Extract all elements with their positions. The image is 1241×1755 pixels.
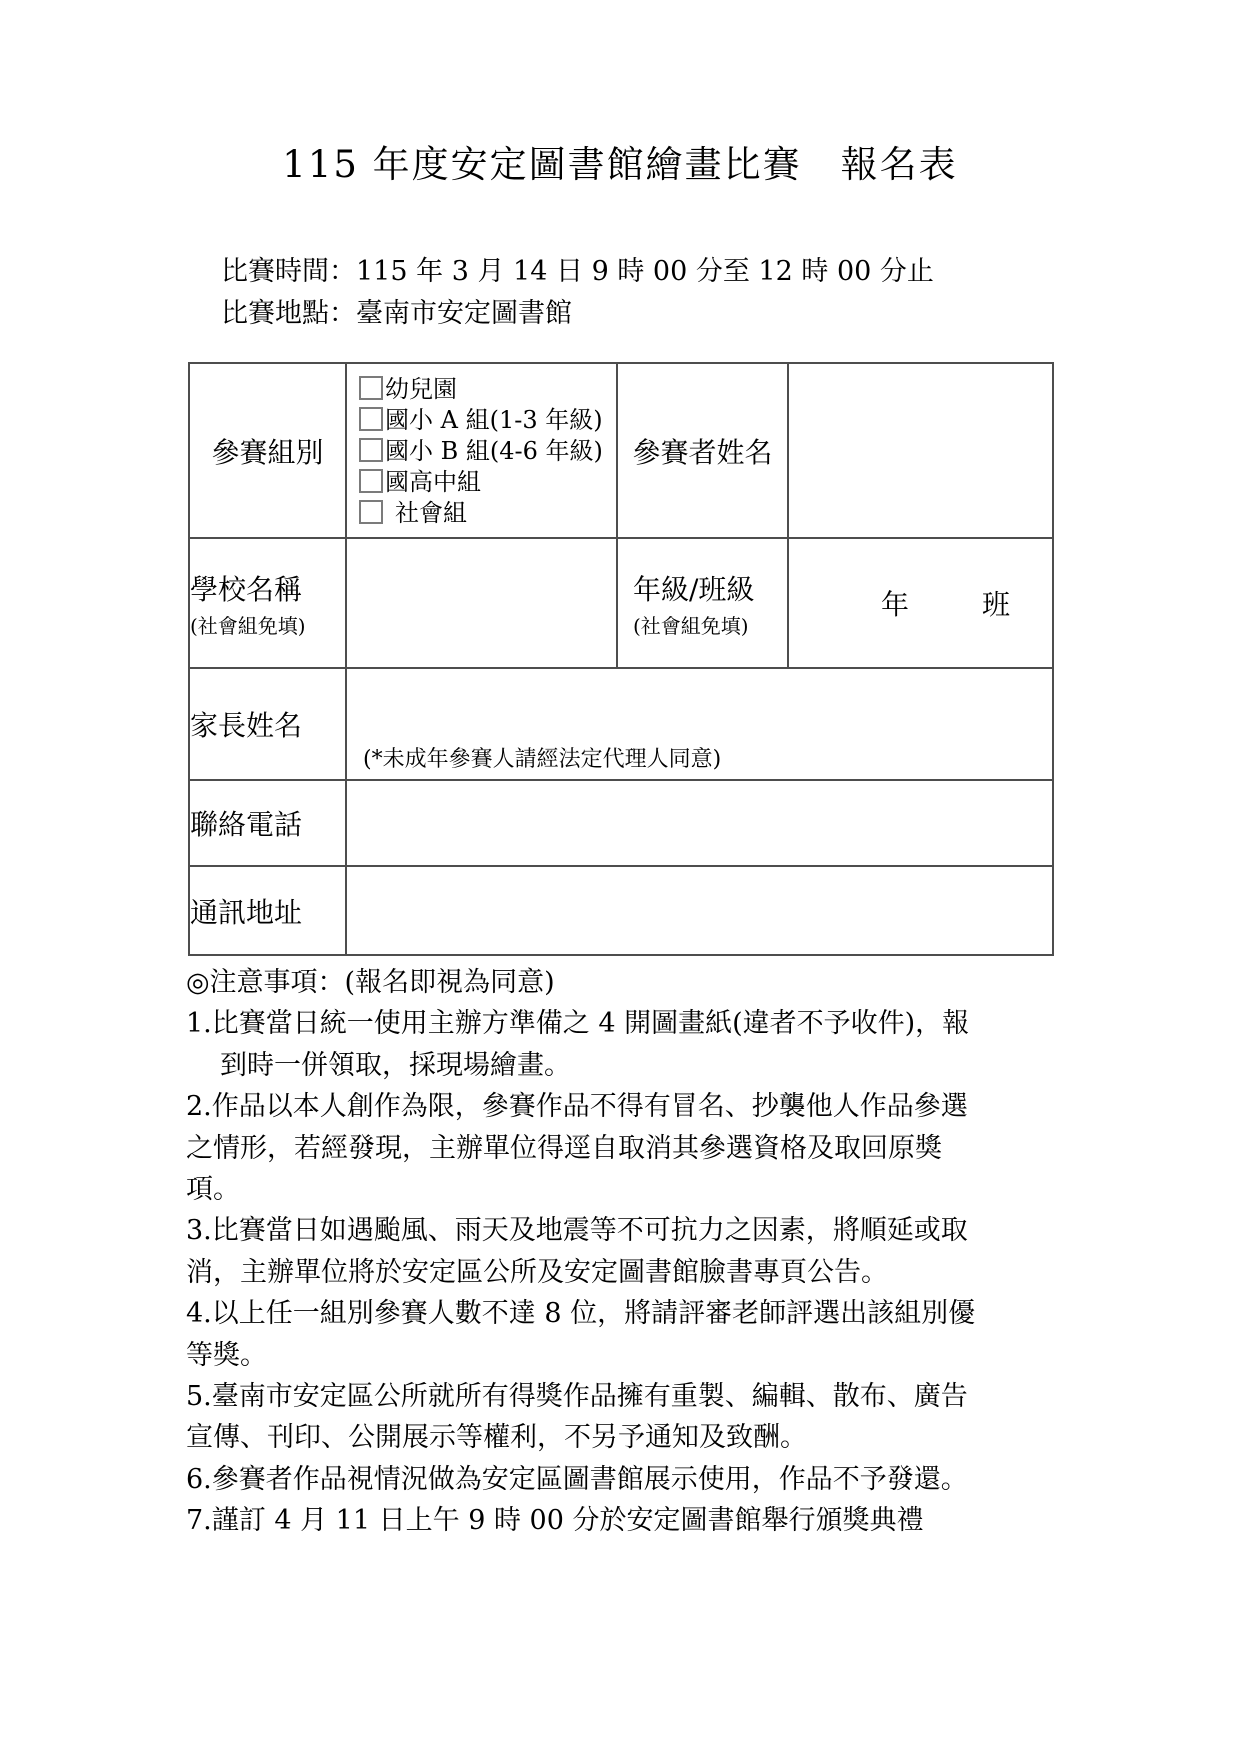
note-line: 等獎。 <box>186 1335 1086 1376</box>
checkbox-icon[interactable] <box>359 376 383 400</box>
grade-label: 年級/班級 <box>633 573 754 606</box>
table-row: 聯絡電話 <box>189 780 1053 866</box>
option-adult[interactable]: 社會組 <box>359 498 612 529</box>
parent-consent-note: (*未成年參賽人請經法定代理人同意) <box>363 742 721 773</box>
note-line: 6.參賽者作品視情況做為安定區圖書館展示使用，作品不予發還。 <box>186 1459 1086 1500</box>
page-title: 115 年度安定圖書館繪畫比賽 報名表 <box>188 134 1052 188</box>
option-elementary-a[interactable]: 國小 A 組(1-3 年級) <box>359 405 612 436</box>
note-line: 消，主辦單位將於安定區公所及安定圖書館臉書專頁公告。 <box>186 1252 1086 1293</box>
school-label-cell: 學校名稱 (社會組免填) <box>189 538 346 668</box>
phone-field[interactable] <box>346 780 1053 866</box>
note-line: 3.比賽當日如遇颱風、雨天及地震等不可抗力之因素，將順延或取 <box>186 1210 1086 1251</box>
year-suffix: 年 <box>881 583 909 623</box>
school-sublabel: (社會組免填) <box>190 610 345 639</box>
participant-name-field[interactable] <box>788 363 1053 538</box>
option-elementary-b[interactable]: 國小 B 組(4-6 年級) <box>359 436 612 467</box>
parent-name-field[interactable]: (*未成年參賽人請經法定代理人同意) <box>346 668 1053 780</box>
grade-label-cell: 年級/班級 (社會組免填) <box>617 538 788 668</box>
address-label-cell: 通訊地址 <box>189 866 346 955</box>
grade-sublabel: (社會組免填) <box>633 610 787 639</box>
checkbox-icon[interactable] <box>359 469 383 493</box>
checkbox-icon[interactable] <box>359 407 383 431</box>
school-label: 學校名稱 <box>190 573 302 606</box>
option-label: 國小 A 組(1-3 年級) <box>385 406 603 434</box>
note-line: 項。 <box>186 1169 1086 1210</box>
table-row: 學校名稱 (社會組免填) 年級/班級 (社會組免填) 年 班 <box>189 538 1053 668</box>
option-label: 國高中組 <box>385 468 481 496</box>
option-label: 社會組 <box>395 499 467 527</box>
notice-heading: ◎注意事項：(報名即視為同意) <box>186 962 1086 1003</box>
note-line: 2.作品以本人創作為限，參賽作品不得有冒名、抄襲他人作品參選 <box>186 1086 1086 1127</box>
note-line: 4.以上任一組別參賽人數不達 8 位，將請評審老師評選出該組別優 <box>186 1293 1086 1334</box>
option-junior-senior-high[interactable]: 國高中組 <box>359 467 612 498</box>
parent-label-cell: 家長姓名 <box>189 668 346 780</box>
registration-table: 參賽組別 幼兒園 國小 A 組(1-3 年級) 國小 B 組(4-6 年級) 國… <box>188 362 1054 956</box>
table-row: 家長姓名 (*未成年參賽人請經法定代理人同意) <box>189 668 1053 780</box>
event-info: 比賽時間：115 年 3 月 14 日 9 時 00 分至 12 時 00 分止… <box>221 251 934 335</box>
phone-label-cell: 聯絡電話 <box>189 780 346 866</box>
grade-field[interactable]: 年 班 <box>788 538 1053 668</box>
event-location-line: 比賽地點：臺南市安定圖書館 <box>221 293 934 335</box>
school-field[interactable] <box>346 538 617 668</box>
checkbox-icon[interactable] <box>359 500 383 524</box>
participant-name-label-cell: 參賽者姓名 <box>617 363 788 538</box>
option-label: 國小 B 組(4-6 年級) <box>385 437 603 465</box>
table-row: 通訊地址 <box>189 866 1053 955</box>
group-label-cell: 參賽組別 <box>189 363 346 538</box>
class-suffix: 班 <box>982 583 1010 623</box>
note-line: 宣傳、刊印、公開展示等權利，不另予通知及致酬。 <box>186 1417 1086 1458</box>
event-time-line: 比賽時間：115 年 3 月 14 日 9 時 00 分至 12 時 00 分止 <box>221 251 934 293</box>
option-kindergarten[interactable]: 幼兒園 <box>359 374 612 405</box>
option-label: 幼兒園 <box>385 375 457 403</box>
address-field[interactable] <box>346 866 1053 955</box>
document-page: 115 年度安定圖書館繪畫比賽 報名表 比賽時間：115 年 3 月 14 日 … <box>0 0 1241 1755</box>
group-options-cell: 幼兒園 國小 A 組(1-3 年級) 國小 B 組(4-6 年級) 國高中組 社… <box>346 363 617 538</box>
note-line: 7.謹訂 4 月 11 日上午 9 時 00 分於安定圖書館舉行頒獎典禮 <box>186 1500 1086 1541</box>
notice-section: ◎注意事項：(報名即視為同意) 1.比賽當日統一使用主辦方準備之 4 開圖畫紙(… <box>186 962 1086 1542</box>
note-line: 1.比賽當日統一使用主辦方準備之 4 開圖畫紙(違者不予收件)，報 <box>186 1003 1086 1044</box>
checkbox-icon[interactable] <box>359 438 383 462</box>
table-row: 參賽組別 幼兒園 國小 A 組(1-3 年級) 國小 B 組(4-6 年級) 國… <box>189 363 1053 538</box>
note-line: 到時一併領取，採現場繪畫。 <box>186 1045 1086 1086</box>
note-line: 5.臺南市安定區公所就所有得獎作品擁有重製、編輯、散布、廣告 <box>186 1376 1086 1417</box>
note-line: 之情形，若經發現，主辦單位得逕自取消其參選資格及取回原獎 <box>186 1128 1086 1169</box>
